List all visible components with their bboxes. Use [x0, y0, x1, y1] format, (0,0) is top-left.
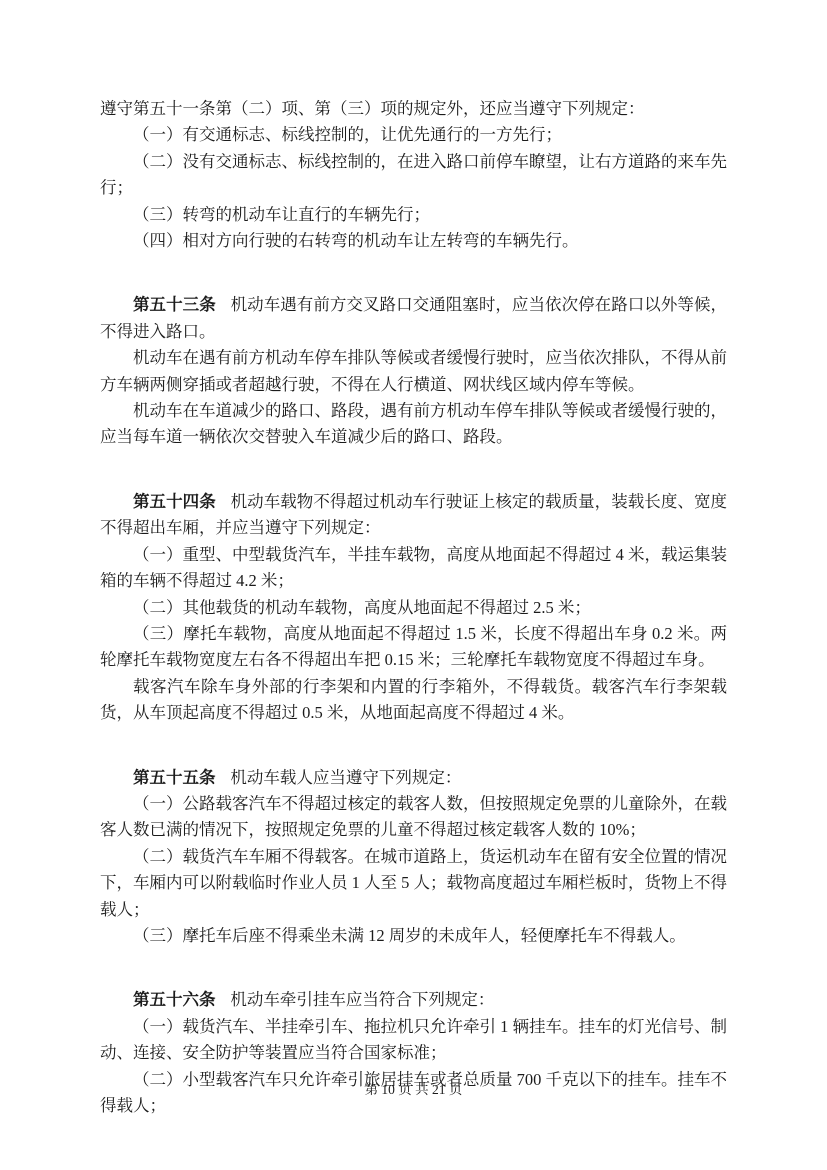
article-53-paragraph-3: 机动车在车道减少的路口、路段，遇有前方机动车停车排队等候或者缓慢行驶的，应当每车… — [100, 398, 727, 451]
list-item-51-3: （三）转弯的机动车让直行的车辆先行； — [100, 202, 727, 228]
article-55-number: 第五十五条 — [133, 768, 216, 787]
list-item-54-3: （三）摩托车载物，高度从地面起不得超过 1.5 米，长度不得超出车身 0.2 米… — [100, 621, 727, 674]
article-54-tail-paragraph: 载客汽车除车身外部的行李架和内置的行李箱外，不得载货。载客汽车行李架载货，从车顶… — [100, 674, 727, 727]
list-item-54-1: （一）重型、中型载货汽车，半挂车载物，高度从地面起不得超过 4 米，载运集装箱的… — [100, 542, 727, 595]
article-53-heading: 第五十三条机动车遇有前方交叉路口交通阻塞时，应当依次停在路口以外等候，不得进入路… — [100, 292, 727, 345]
article-55-lead: 机动车载人应当遵守下列规定： — [230, 768, 461, 787]
paragraph-continuation: 遵守第五十一条第（二）项、第（三）项的规定外，还应当遵守下列规定： — [100, 96, 727, 122]
list-item-54-2: （二）其他载货的机动车载物，高度从地面起不得超过 2.5 米； — [100, 595, 727, 621]
list-item-55-2: （二）载货汽车车厢不得载客。在城市道路上，货运机动车在留有安全位置的情况下，车厢… — [100, 844, 727, 923]
article-56-heading: 第五十六条机动车牵引挂车应当符合下列规定： — [100, 987, 727, 1013]
list-item-51-4: （四）相对方向行驶的右转弯的机动车让左转弯的车辆先行。 — [100, 228, 727, 254]
list-item-55-1: （一）公路载客汽车不得超过核定的载客人数，但按照规定免票的儿童除外，在载客人数已… — [100, 791, 727, 844]
document-page: 遵守第五十一条第（二）项、第（三）项的规定外，还应当遵守下列规定： （一）有交通… — [0, 0, 827, 1170]
page-number-footer: 第 10 页 共 21 页 — [0, 1081, 827, 1099]
article-56-number: 第五十六条 — [133, 990, 216, 1009]
list-item-51-2: （二）没有交通标志、标线控制的，在进入路口前停车瞭望，让右方道路的来车先行； — [100, 149, 727, 202]
list-item-56-1: （一）载货汽车、半挂牵引车、拖拉机只允许牵引 1 辆挂车。挂车的灯光信号、制动、… — [100, 1014, 727, 1067]
article-53-number: 第五十三条 — [133, 295, 216, 314]
document-body: 遵守第五十一条第（二）项、第（三）项的规定外，还应当遵守下列规定： （一）有交通… — [100, 96, 727, 1119]
article-56-lead: 机动车牵引挂车应当符合下列规定： — [230, 990, 494, 1009]
article-55-heading: 第五十五条机动车载人应当遵守下列规定： — [100, 765, 727, 791]
article-53-paragraph-2: 机动车在遇有前方机动车停车排队等候或者缓慢行驶时，应当依次排队，不得从前方车辆两… — [100, 345, 727, 398]
article-54-heading: 第五十四条机动车载物不得超过机动车行驶证上核定的载质量，装载长度、宽度不得超出车… — [100, 489, 727, 542]
list-item-51-1: （一）有交通标志、标线控制的，让优先通行的一方先行； — [100, 122, 727, 148]
article-54-number: 第五十四条 — [133, 492, 216, 511]
list-item-55-3: （三）摩托车后座不得乘坐未满 12 周岁的未成年人，轻便摩托车不得载人。 — [100, 923, 727, 949]
